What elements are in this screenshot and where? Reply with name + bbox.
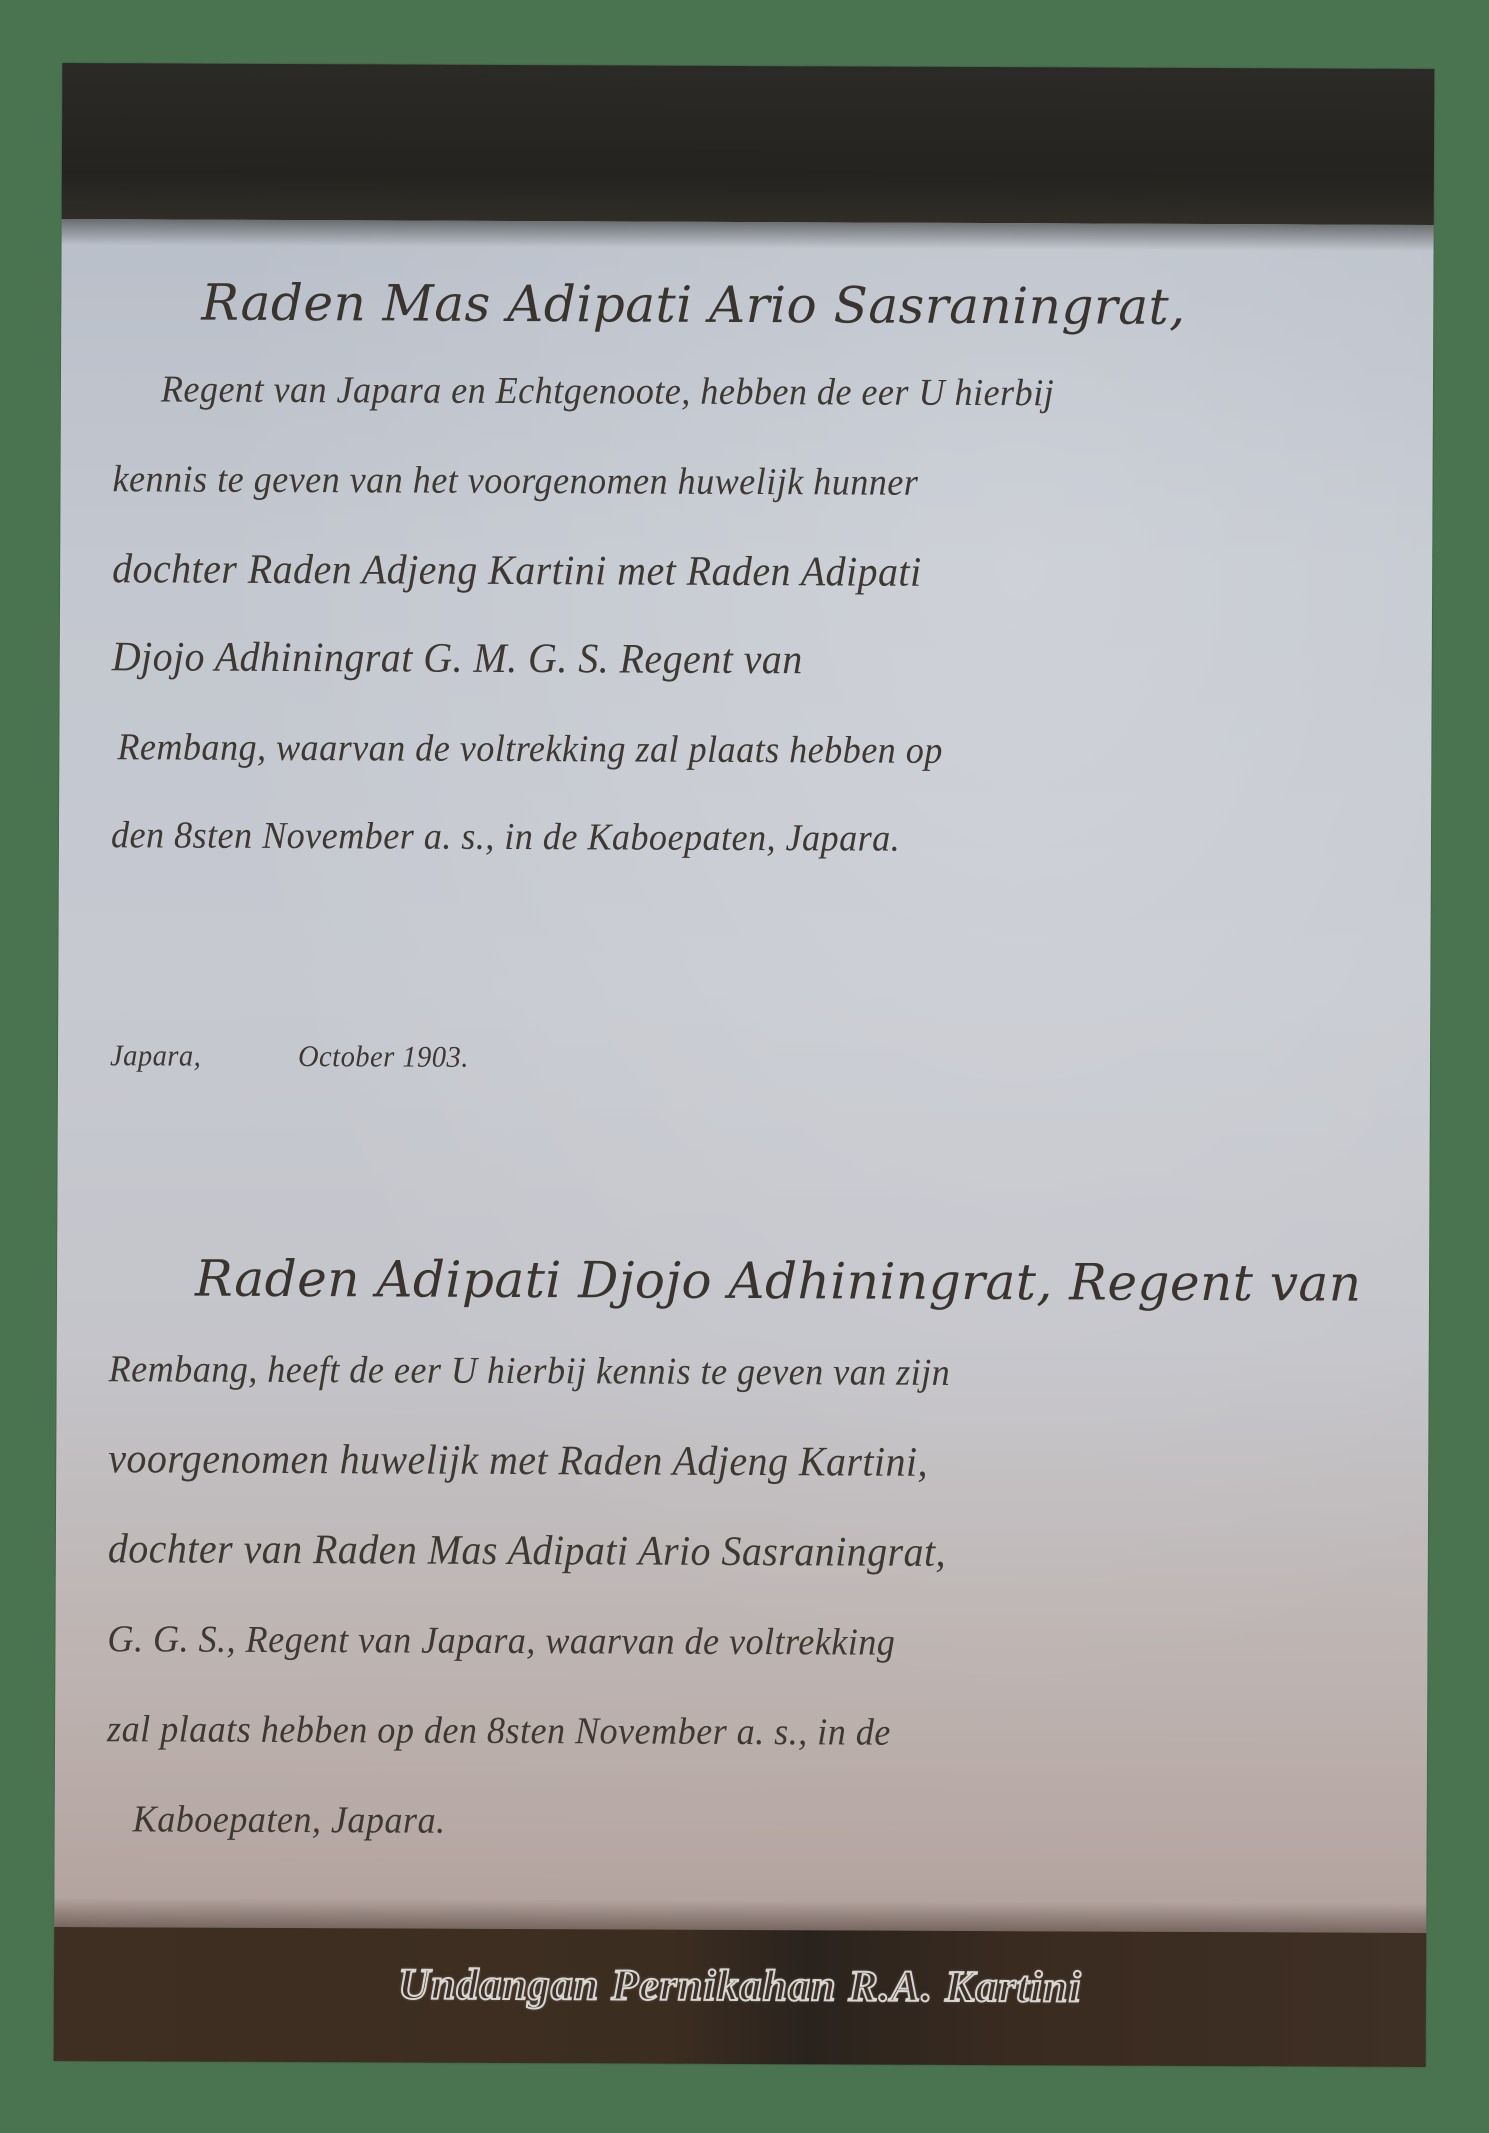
dateline-place: Japara, xyxy=(110,1039,201,1073)
section2-line-2: Rembang, heeft de eer U hierbij kennis t… xyxy=(109,1347,951,1395)
paper-sheet: Raden Mas Adipati Ario Sasraningrat, Reg… xyxy=(54,219,1433,1933)
section2-line-4: dochter van Raden Mas Adipati Ario Sasra… xyxy=(108,1525,946,1577)
dateline-date: October 1903. xyxy=(298,1040,469,1075)
section2-line-3: voorgenomen huwelijk met Raden Adjeng Ka… xyxy=(108,1435,928,1487)
top-dark-band xyxy=(62,63,1435,225)
section2-line-5: G. G. S., Regent van Japara, waarvan de … xyxy=(107,1617,895,1664)
section1-line-6: Rembang, waarvan de voltrekking zal plaa… xyxy=(117,725,943,773)
section1-line-3: kennis te geven van het voorgenomen huwe… xyxy=(112,457,918,505)
section1-line-2: Regent van Japara en Echtgenoote, hebben… xyxy=(161,367,1054,415)
section1-line-1: Raden Mas Adipati Ario Sasraningrat, xyxy=(201,274,1186,336)
invitation-document: Raden Mas Adipati Ario Sasraningrat, Reg… xyxy=(54,63,1435,2067)
bottom-caption-band: Undangan Pernikahan R.A. Kartini xyxy=(54,1927,1427,2067)
caption-title: Undangan Pernikahan R.A. Kartini xyxy=(54,1957,1426,2014)
section1-line-7: den 8sten November a. s., in de Kaboepat… xyxy=(111,813,900,860)
section2-line-7: Kaboepaten, Japara. xyxy=(133,1797,446,1842)
section2-line-1: Raden Adipati Djojo Adhiningrat, Regent … xyxy=(195,1250,1362,1313)
section2-line-6: zal plaats hebben op den 8sten November … xyxy=(107,1707,891,1754)
section1-line-4: dochter Raden Adjeng Kartini met Raden A… xyxy=(112,545,922,597)
section1-line-5: Djojo Adhiningrat G. M. G. S. Regent van xyxy=(112,633,803,684)
